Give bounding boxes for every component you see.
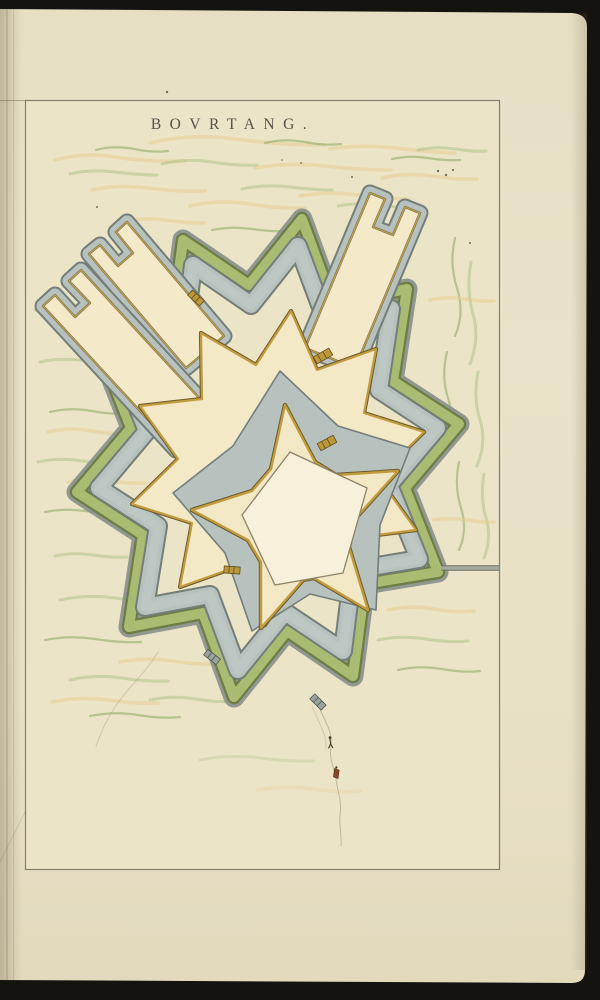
map-title: BOVRTANG.: [151, 116, 315, 133]
page-edge-shadow: [570, 13, 587, 970]
page-gutter-shadow: [0, 9, 22, 980]
atlas-page-scan: BOVRTANG.: [0, 0, 600, 1000]
map-plate-image: BOVRTANG.: [0, 0, 600, 1000]
ink-speck: [166, 91, 168, 93]
